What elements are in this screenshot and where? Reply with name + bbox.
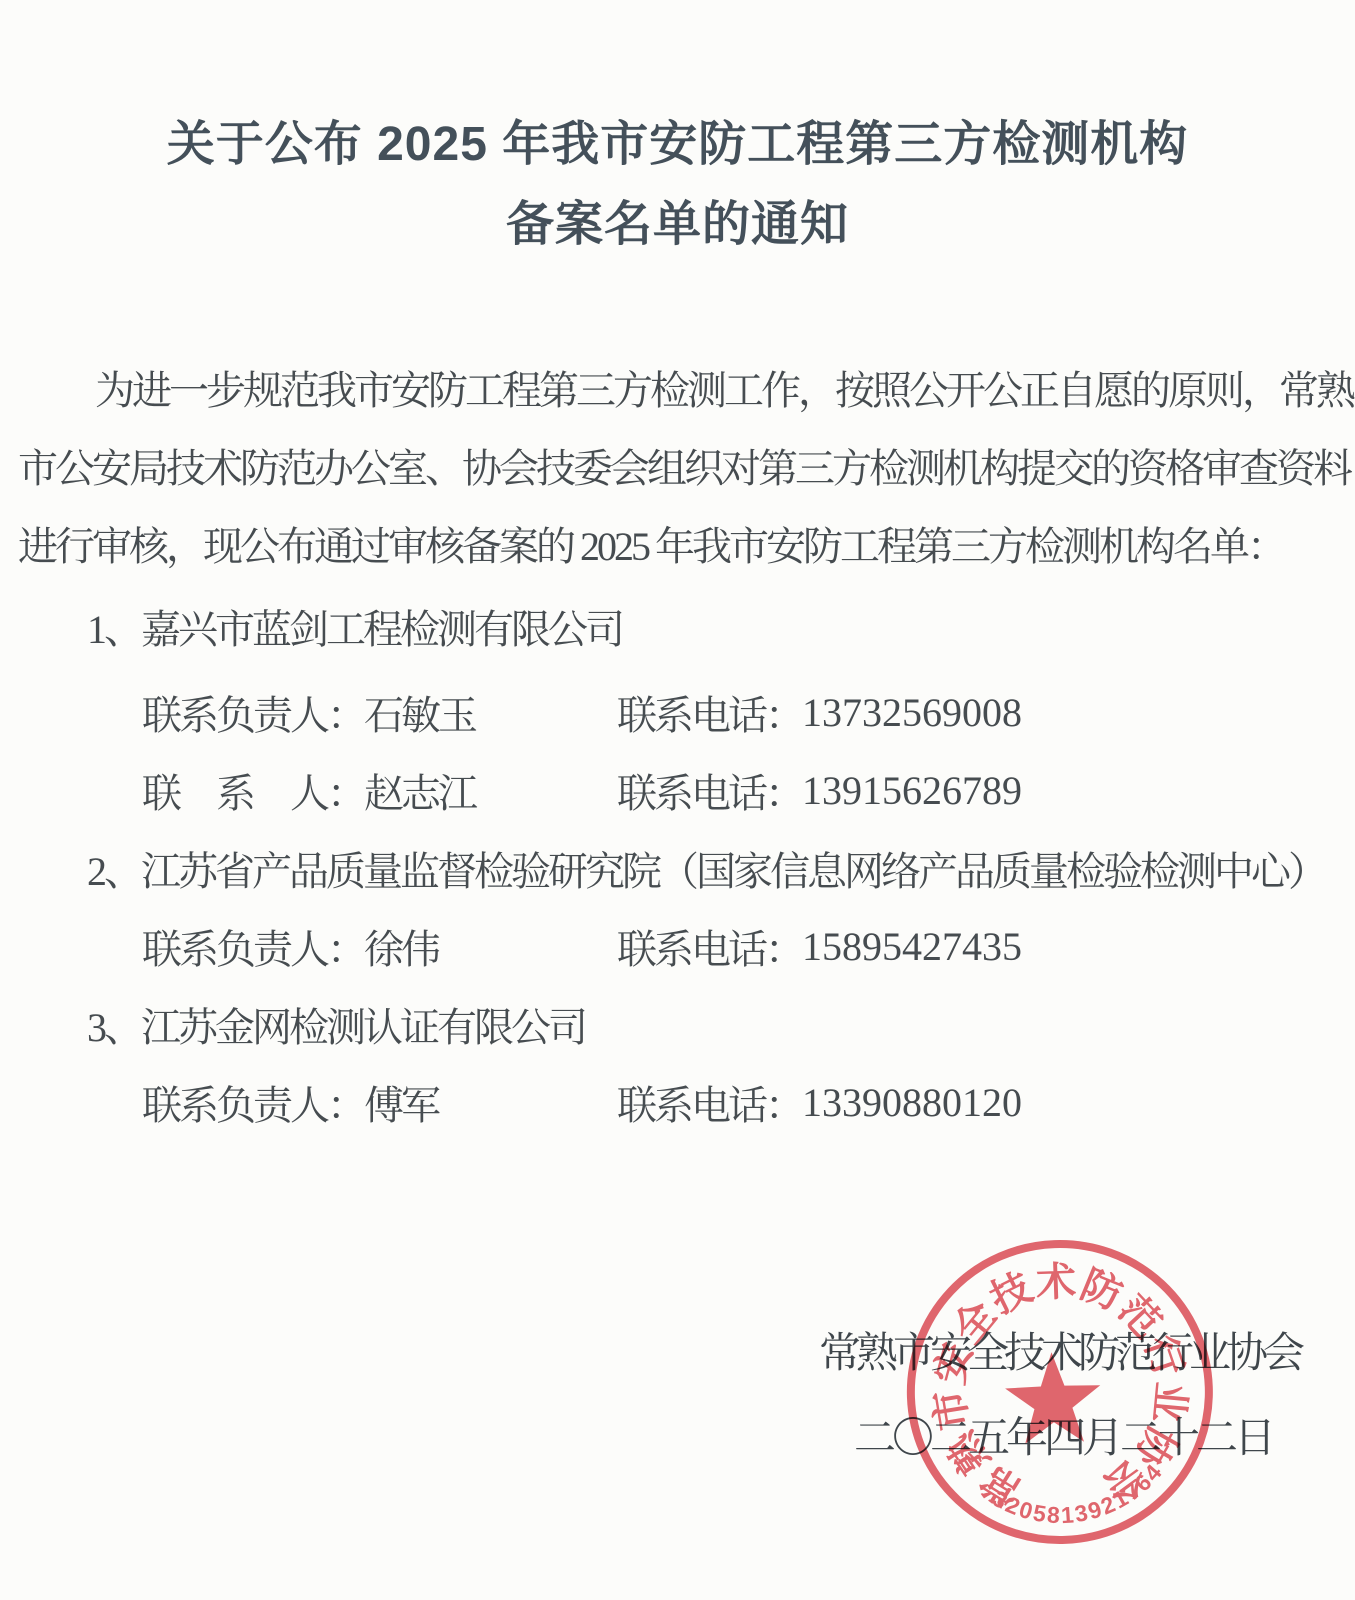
contact-label: 联系负责人： — [142, 684, 364, 741]
agency-name: 江苏金网检测认证有限公司 — [141, 996, 585, 1053]
agency-name: 嘉兴市蓝剑工程检测有限公司 — [141, 598, 622, 655]
paragraph-line-1: 为进一步规范我市安防工程第三方检测工作，按照公开公正自愿的原则，常熟 — [0, 348, 1355, 426]
phone-label: 联系电话： — [617, 684, 802, 741]
phone-number: 13732569008 — [802, 689, 1022, 736]
svg-text:市: 市 — [926, 1386, 977, 1433]
seal-star-icon — [1004, 1351, 1102, 1445]
contact-person: 徐伟 — [364, 918, 438, 975]
phone-group: 联系电话：13915626789 — [617, 751, 1022, 829]
phone-number: 15895427435 — [802, 923, 1022, 970]
contact-label: 联 系 人： — [142, 762, 364, 819]
svg-text:8: 8 — [1046, 1501, 1060, 1528]
contact-row: 联 系 人：赵志江 联系电话：13915626789 — [0, 751, 1355, 829]
contact-person: 石敏玉 — [364, 684, 475, 741]
notice-body: 为进一步规范我市安防工程第三方检测工作，按照公开公正自愿的原则，常熟 市公安局技… — [0, 348, 1355, 1141]
phone-label: 联系电话： — [617, 1074, 802, 1131]
contact-row: 联系负责人：傅军 联系电话：13390880120 — [0, 1063, 1355, 1141]
contact-person: 傅军 — [364, 1074, 438, 1131]
document-page: 关于公布 2025 年我市安防工程第三方检测机构 备案名单的通知 为进一步规范我… — [0, 0, 1355, 1600]
contact-label: 联系负责人： — [142, 918, 364, 975]
svg-text:业: 业 — [1145, 1380, 1194, 1424]
agency-number: 2、 — [87, 840, 141, 897]
notice-title-line-2: 备案名单的通知 — [0, 179, 1355, 259]
phone-label: 联系电话： — [617, 762, 802, 819]
agency-item-2: 2、江苏省产品质量监督检验研究院（国家信息网络产品质量检验检测中心） — [0, 829, 1355, 907]
notice-title: 关于公布 2025 年我市安防工程第三方检测机构 备案名单的通知 — [0, 99, 1355, 259]
phone-group: 联系电话：13732569008 — [617, 673, 1022, 751]
phone-label: 联系电话： — [617, 918, 802, 975]
contact-row: 联系负责人：徐伟 联系电话：15895427435 — [0, 907, 1355, 985]
agency-item-1: 1、嘉兴市蓝剑工程检测有限公司 — [0, 587, 1355, 665]
official-seal: 常熟市安全技术防范行业协会 3205813921764 — [895, 1231, 1226, 1562]
notice-title-line-1: 关于公布 2025 年我市安防工程第三方检测机构 — [0, 99, 1355, 179]
paragraph-line-3: 进行审核，现公布通过审核备案的 2025 年我市安防工程第三方检测机构名单： — [0, 504, 1355, 582]
agency-item-3: 3、江苏金网检测认证有限公司 — [0, 985, 1355, 1063]
phone-number: 13390880120 — [802, 1079, 1022, 1126]
svg-text:术: 术 — [1035, 1259, 1077, 1305]
phone-number: 13915626789 — [802, 767, 1022, 814]
contact-row: 联系负责人：石敏玉 联系电话：13732569008 — [0, 673, 1355, 751]
phone-group: 联系电话：13390880120 — [617, 1063, 1022, 1141]
paragraph-line-2: 市公安局技术防范办公室、协会技委会组织对第三方检测机构提交的资格审查资料 — [0, 426, 1355, 504]
agency-number: 1、 — [87, 598, 141, 655]
agency-number: 3、 — [87, 996, 141, 1053]
contact-label: 联系负责人： — [142, 1074, 364, 1131]
agency-name: 江苏省产品质量监督检验研究院（国家信息网络产品质量检验检测中心） — [141, 840, 1325, 897]
phone-group: 联系电话：15895427435 — [617, 907, 1022, 985]
contact-person: 赵志江 — [364, 762, 475, 819]
